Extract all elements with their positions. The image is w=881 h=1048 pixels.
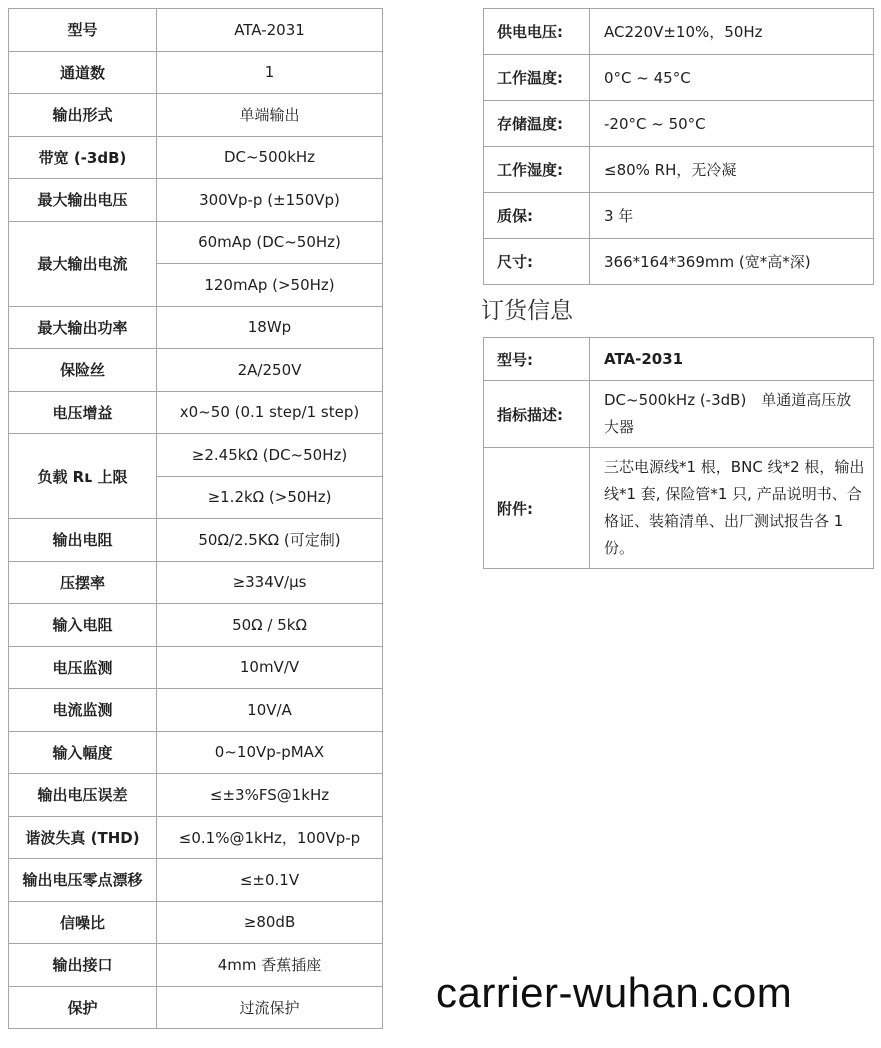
spec-value: 50Ω/2.5KΩ (可定制) <box>157 519 383 562</box>
spec-row: 保险丝2A/250V <box>9 349 383 392</box>
spec-value: 1 <box>157 51 383 94</box>
spec-row: 电流监测10V/A <box>9 689 383 732</box>
spec-value: 2A/250V <box>157 349 383 392</box>
spec-label: 电压增益 <box>9 391 157 434</box>
spec-label: 输出电压误差 <box>9 774 157 817</box>
spec-row: 工作温度:0°C ~ 45°C <box>484 55 874 101</box>
spec-label: 工作温度: <box>484 55 590 101</box>
spec-label: 通道数 <box>9 51 157 94</box>
spec-value: x0~50 (0.1 step/1 step) <box>157 391 383 434</box>
spec-label: 电压监测 <box>9 646 157 689</box>
spec-row: 指标描述:DC~500kHz (-3dB) 单通道高压放大器 <box>484 381 874 448</box>
spec-label: 指标描述: <box>484 381 590 448</box>
spec-value: ≤±3%FS@1kHz <box>157 774 383 817</box>
spec-label: 供电电压: <box>484 9 590 55</box>
spec-value: 60mAp (DC~50Hz) <box>157 221 383 264</box>
spec-label: 保险丝 <box>9 349 157 392</box>
spec-label: 工作湿度: <box>484 147 590 193</box>
spec-label: 输入幅度 <box>9 731 157 774</box>
spec-label: 最大输出电压 <box>9 179 157 222</box>
spec-row: 通道数1 <box>9 51 383 94</box>
spec-value: 0~10Vp-pMAX <box>157 731 383 774</box>
spec-label: 附件: <box>484 448 590 569</box>
spec-row: 附件:三芯电源线*1 根，BNC 线*2 根，输出线*1 套, 保险管*1 只,… <box>484 448 874 569</box>
spec-row: 质保:3 年 <box>484 193 874 239</box>
spec-row: 输入幅度0~10Vp-pMAX <box>9 731 383 774</box>
right-column: 供电电压:AC220V±10%，50Hz工作温度:0°C ~ 45°C存储温度:… <box>483 8 873 569</box>
spec-row: 信噪比≥80dB <box>9 901 383 944</box>
spec-label: 输出电阻 <box>9 519 157 562</box>
spec-label: 谐波失真 (THD) <box>9 816 157 859</box>
spec-row: 输入电阻50Ω / 5kΩ <box>9 604 383 647</box>
spec-value: 10V/A <box>157 689 383 732</box>
spec-value: 3 年 <box>590 193 874 239</box>
spec-row: 负载 Rʟ 上限≥2.45kΩ (DC~50Hz) <box>9 434 383 477</box>
spec-value: ATA-2031 <box>590 338 874 381</box>
spec-row: 输出形式单端输出 <box>9 94 383 137</box>
spec-row: 最大输出电流60mAp (DC~50Hz) <box>9 221 383 264</box>
ordering-info-heading: 订货信息 <box>481 297 873 325</box>
spec-row: 存储温度:-20°C ~ 50°C <box>484 101 874 147</box>
spec-row: 压摆率≥334V/μs <box>9 561 383 604</box>
spec-value: ≤80% RH，无冷凝 <box>590 147 874 193</box>
spec-label: 输出形式 <box>9 94 157 137</box>
spec-value: DC~500kHz (-3dB) 单通道高压放大器 <box>590 381 874 448</box>
spec-value: ≥80dB <box>157 901 383 944</box>
spec-label: 带宽 (-3dB) <box>9 136 157 179</box>
spec-row: 电压增益x0~50 (0.1 step/1 step) <box>9 391 383 434</box>
spec-row: 最大输出功率18Wp <box>9 306 383 349</box>
spec-row: 尺寸:366*164*369mm (宽*高*深) <box>484 239 874 285</box>
spec-value: 0°C ~ 45°C <box>590 55 874 101</box>
spec-value: AC220V±10%，50Hz <box>590 9 874 55</box>
watermark-text: carrier-wuhan.com <box>436 969 792 1017</box>
spec-label: 最大输出电流 <box>9 221 157 306</box>
spec-value: 10mV/V <box>157 646 383 689</box>
spec-row: 型号:ATA-2031 <box>484 338 874 381</box>
spec-value: 单端输出 <box>157 94 383 137</box>
specs-table: 型号ATA-2031通道数1输出形式单端输出带宽 (-3dB)DC~500kHz… <box>8 8 383 1029</box>
spec-label: 保护 <box>9 986 157 1029</box>
spec-label: 尺寸: <box>484 239 590 285</box>
spec-label: 输入电阻 <box>9 604 157 647</box>
spec-value: ≥334V/μs <box>157 561 383 604</box>
spec-value: 三芯电源线*1 根，BNC 线*2 根，输出线*1 套, 保险管*1 只, 产品… <box>590 448 874 569</box>
specs-panel: 型号ATA-2031通道数1输出形式单端输出带宽 (-3dB)DC~500kHz… <box>8 8 382 1029</box>
spec-row: 最大输出电压300Vp-p (±150Vp) <box>9 179 383 222</box>
spec-row: 电压监测10mV/V <box>9 646 383 689</box>
spec-value: 50Ω / 5kΩ <box>157 604 383 647</box>
spec-row: 输出电压零点漂移≤±0.1V <box>9 859 383 902</box>
spec-value: ≤±0.1V <box>157 859 383 902</box>
spec-row: 型号ATA-2031 <box>9 9 383 52</box>
spec-row: 保护过流保护 <box>9 986 383 1029</box>
spec-value: 366*164*369mm (宽*高*深) <box>590 239 874 285</box>
spec-value: -20°C ~ 50°C <box>590 101 874 147</box>
spec-value: ≤0.1%@1kHz，100Vp-p <box>157 816 383 859</box>
spec-label: 最大输出功率 <box>9 306 157 349</box>
spec-row: 带宽 (-3dB)DC~500kHz <box>9 136 383 179</box>
spec-label: 电流监测 <box>9 689 157 732</box>
spec-row: 供电电压:AC220V±10%，50Hz <box>484 9 874 55</box>
spec-label: 质保: <box>484 193 590 239</box>
spec-label: 信噪比 <box>9 901 157 944</box>
spec-value: 过流保护 <box>157 986 383 1029</box>
environment-table: 供电电压:AC220V±10%，50Hz工作温度:0°C ~ 45°C存储温度:… <box>483 8 874 285</box>
spec-value: ≥1.2kΩ (>50Hz) <box>157 476 383 519</box>
spec-row: 工作湿度:≤80% RH，无冷凝 <box>484 147 874 193</box>
spec-label: 型号 <box>9 9 157 52</box>
spec-row: 谐波失真 (THD)≤0.1%@1kHz，100Vp-p <box>9 816 383 859</box>
spec-label: 型号: <box>484 338 590 381</box>
spec-label: 存储温度: <box>484 101 590 147</box>
spec-label: 压摆率 <box>9 561 157 604</box>
spec-value: 18Wp <box>157 306 383 349</box>
ordering-table: 型号:ATA-2031指标描述:DC~500kHz (-3dB) 单通道高压放大… <box>483 337 874 569</box>
spec-value: ATA-2031 <box>157 9 383 52</box>
spec-row: 输出电压误差≤±3%FS@1kHz <box>9 774 383 817</box>
spec-value: 4mm 香蕉插座 <box>157 944 383 987</box>
spec-value: 300Vp-p (±150Vp) <box>157 179 383 222</box>
spec-value: ≥2.45kΩ (DC~50Hz) <box>157 434 383 477</box>
spec-row: 输出接口4mm 香蕉插座 <box>9 944 383 987</box>
spec-row: 输出电阻50Ω/2.5KΩ (可定制) <box>9 519 383 562</box>
spec-value: DC~500kHz <box>157 136 383 179</box>
spec-label: 输出电压零点漂移 <box>9 859 157 902</box>
spec-label: 输出接口 <box>9 944 157 987</box>
spec-value: 120mAp (>50Hz) <box>157 264 383 307</box>
spec-label: 负载 Rʟ 上限 <box>9 434 157 519</box>
